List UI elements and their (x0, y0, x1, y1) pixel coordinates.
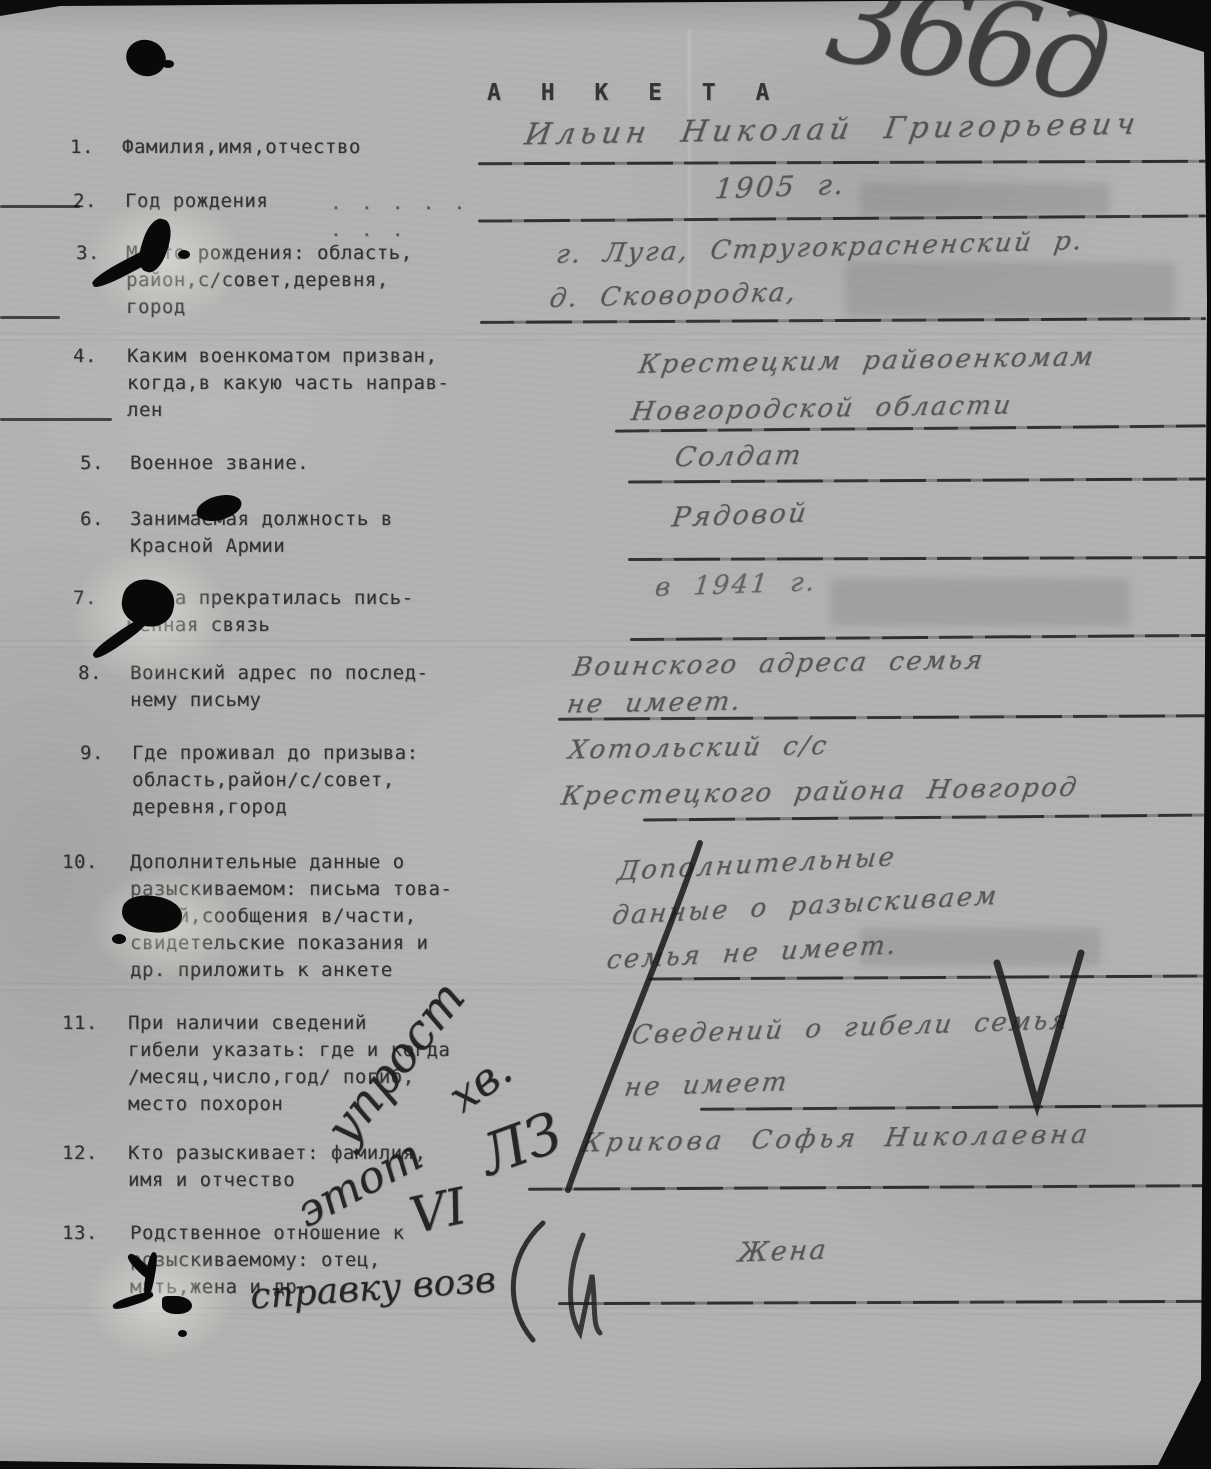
answer-4-military-commissariat: Крестецким райвоенкомам Новгородской обл… (628, 334, 1099, 436)
paper-hole (121, 34, 171, 82)
ink-scrawl-curl (488, 1215, 618, 1345)
answer-9-residence: Хотольский с/с Крестецкого района Новгор… (558, 718, 1090, 819)
answer-line (558, 1300, 1206, 1305)
answer-3-birthplace: г. Луга, Стругокрасненский р. д. Сковоро… (546, 219, 1087, 321)
page-title: А Н К Е Т А (487, 80, 782, 107)
answer-line (478, 214, 1206, 222)
item-number-9: 9. (80, 740, 104, 767)
paper-hole (178, 1330, 187, 1337)
item-number-11: 11. (62, 1010, 98, 1037)
item-label-6: Занимаемая должность в Красной Армии (130, 506, 560, 560)
item-number-4: 4. (73, 343, 97, 370)
pencil-scrawl-5: VI (405, 1177, 472, 1245)
paper-hole (112, 934, 126, 944)
tear-halo (85, 195, 245, 325)
item-number-5: 5. (80, 450, 104, 477)
margin-dash (0, 418, 112, 421)
paper-hole (162, 1296, 192, 1314)
answer-line (628, 477, 1206, 483)
item-number-2: 2. (73, 188, 97, 215)
scanned-questionnaire-page: А Н К Е Т А 366д 1. 2. 3. 4. 5. 6. 7. 8.… (0, 0, 1211, 1469)
paper-hole (162, 60, 174, 68)
item-number-1: 1. (70, 134, 94, 161)
item-label-9: Где проживал до призыва: область,район/с… (132, 740, 562, 821)
answer-line (628, 556, 1206, 561)
item-label-5: Военное звание. (130, 450, 560, 477)
answer-line (478, 160, 1206, 166)
item-label-4: Каким военкоматом призван, когда,в какую… (127, 343, 567, 424)
stamp-smudge (860, 183, 1110, 215)
item-number-13: 13. (62, 1220, 98, 1247)
item-number-10: 10. (62, 849, 98, 876)
answer-7-last-contact: в 1941 г. (653, 567, 818, 603)
ink-slash (540, 838, 720, 1198)
item-2-dotted-leader: . . . . . . . . (330, 190, 490, 244)
stamp-smudge (830, 578, 1130, 626)
item-number-6: 6. (80, 506, 104, 533)
answer-2-birth-year: 1905 г. (713, 168, 847, 206)
answer-6-position: Рядовой (670, 498, 811, 534)
item-number-12: 12. (62, 1140, 98, 1167)
item-label-1: Фамилия,имя,отчество (122, 134, 552, 161)
answer-8-military-address: Воинского адреса семья не имеет. (564, 642, 987, 723)
answer-5-rank: Солдат (673, 440, 806, 473)
margin-dash (0, 205, 80, 208)
tear-halo (85, 1240, 235, 1360)
paper-hole (178, 250, 190, 259)
answer-1-name: Ильин Николай Григорьевич (522, 107, 1142, 153)
checkmark-scrawl (985, 945, 1095, 1120)
answer-13-relation: Жена (736, 1234, 829, 1268)
margin-dash (0, 316, 60, 319)
